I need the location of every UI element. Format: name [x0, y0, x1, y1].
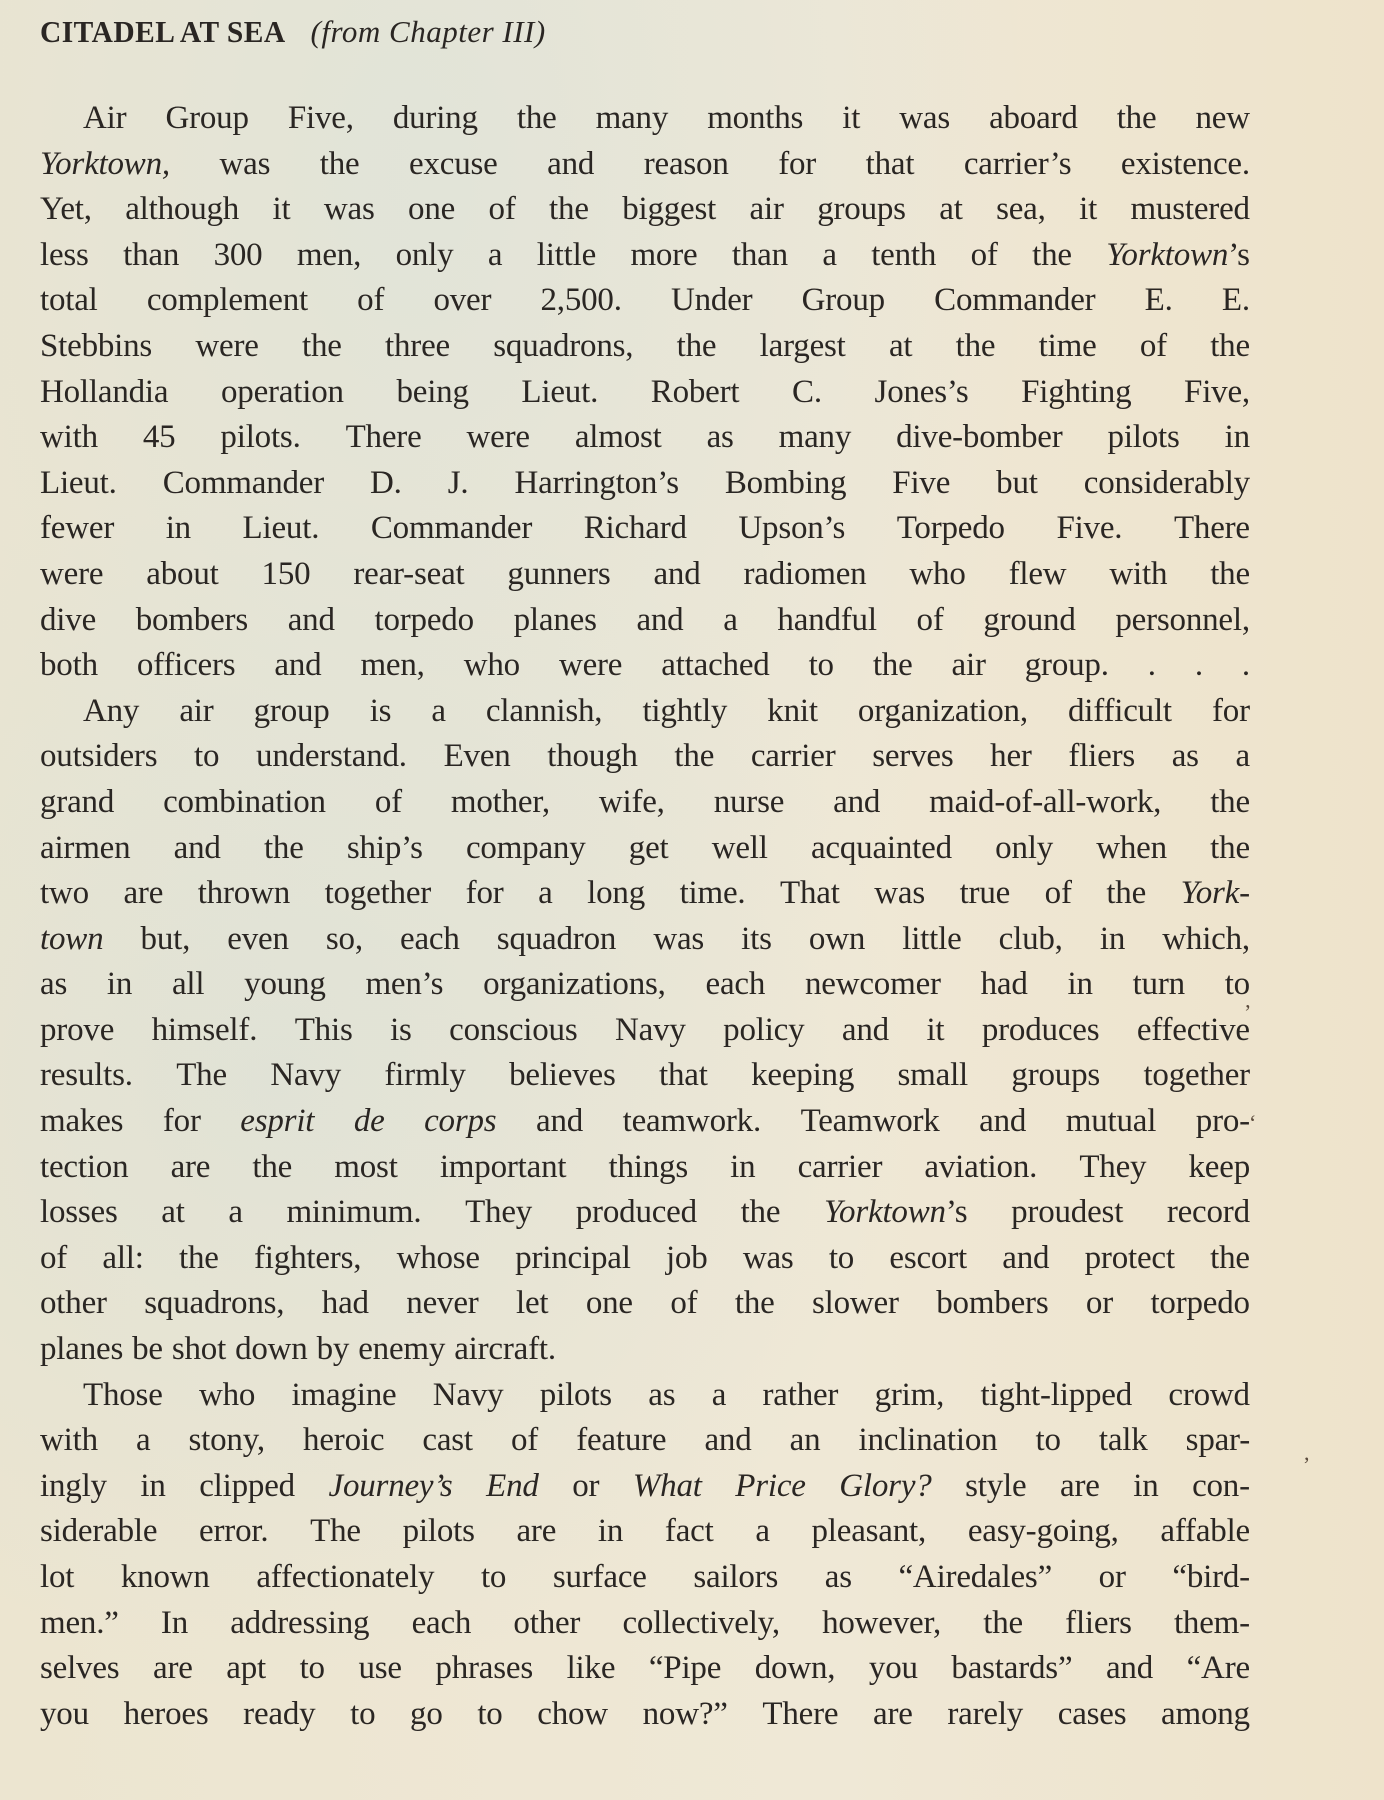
word: Stebbins	[40, 324, 152, 370]
word: planes	[40, 1327, 123, 1373]
word: addressing	[230, 1601, 369, 1647]
word: Richard	[584, 506, 687, 552]
word: even	[227, 917, 289, 963]
word: selves	[40, 1646, 119, 1692]
word: Navy	[270, 1053, 341, 1099]
word: handful	[777, 598, 876, 644]
word: however,	[822, 1601, 941, 1647]
word: the	[264, 826, 304, 872]
word: Navy	[433, 1373, 504, 1419]
word: air	[750, 187, 784, 233]
word: and	[1106, 1646, 1153, 1692]
word: “bird-	[1172, 1555, 1250, 1601]
word: important	[440, 1145, 567, 1191]
word: a	[431, 689, 445, 735]
word: and	[536, 1099, 583, 1145]
text-line: asinallyoungmen’sorganizations,eachnewco…	[40, 962, 1250, 1008]
word: turn	[1133, 962, 1185, 1008]
word: other	[513, 1601, 580, 1647]
word: had	[322, 1281, 369, 1327]
word: squadrons,	[493, 324, 633, 370]
word: with	[40, 1418, 98, 1464]
word: surface	[553, 1555, 647, 1601]
book-page: CITADEL AT SEA(from Chapter III) AirGrou…	[0, 0, 1384, 1800]
word: are	[153, 1646, 193, 1692]
word: principal	[515, 1236, 631, 1282]
word: fliers	[1068, 734, 1135, 780]
word: Robert	[651, 370, 740, 416]
word: Five.	[1056, 506, 1122, 552]
word: squadron	[497, 917, 616, 963]
word: Upson’s	[738, 506, 845, 552]
word: Yet,	[40, 187, 92, 233]
text-line: selvesareapttousephraseslike“Pipedown,yo…	[40, 1646, 1250, 1692]
word: a	[488, 233, 502, 279]
word: was	[874, 871, 925, 917]
word: that	[866, 142, 915, 188]
word: talk	[1099, 1418, 1148, 1464]
word: protect	[1085, 1236, 1175, 1282]
word: They	[465, 1190, 532, 1236]
word: one	[408, 187, 455, 233]
word: and	[288, 598, 335, 644]
word: carrier	[751, 734, 836, 780]
word: Yorktown’s	[1106, 233, 1250, 279]
word: There	[1174, 506, 1250, 552]
text-line: wereabout150rear-seatgunnersandradiomenw…	[40, 552, 1250, 598]
word: in	[1100, 917, 1125, 963]
word: as	[707, 415, 734, 461]
word: were	[195, 324, 258, 370]
text-line: Yorktown,wastheexcuseandreasonforthatcar…	[40, 142, 1250, 188]
word: corps	[424, 1099, 496, 1145]
word: of	[670, 1281, 697, 1327]
word: de	[354, 1099, 385, 1145]
word: together	[325, 871, 432, 917]
word: In	[161, 1601, 188, 1647]
word: and	[547, 142, 594, 188]
word: nurse	[714, 780, 784, 826]
word: Group	[802, 278, 885, 324]
word: organizations,	[483, 962, 666, 1008]
word: of	[40, 1236, 67, 1282]
word: knit	[767, 689, 818, 735]
text-line: lessthan300men,onlyalittlemorethanatenth…	[40, 233, 1250, 279]
word: believes	[509, 1053, 616, 1099]
word: squadrons,	[144, 1281, 284, 1327]
word: Lieut.	[243, 506, 320, 552]
word: apt	[226, 1646, 266, 1692]
word: The	[310, 1509, 361, 1555]
word: a	[136, 1418, 150, 1464]
word: for	[163, 1099, 201, 1145]
word: sea,	[996, 187, 1046, 233]
word: in	[107, 962, 132, 1008]
word: to	[477, 1692, 502, 1738]
word: although	[125, 187, 239, 233]
word: true	[960, 871, 1011, 917]
word: in	[140, 1464, 165, 1510]
word: men,	[297, 233, 361, 279]
word: Yorktown,	[40, 142, 170, 188]
word: Teamwork	[801, 1099, 940, 1145]
word: lot	[40, 1555, 74, 1601]
margin-mark: ,	[1304, 1440, 1310, 1466]
word: other	[40, 1281, 107, 1327]
word: firmly	[384, 1053, 465, 1099]
word: Navy	[615, 1008, 686, 1054]
text-line: with45pilots.Therewerealmostasmanydive-b…	[40, 415, 1250, 461]
chapter-title: CITADEL AT SEA	[40, 14, 286, 50]
word: They	[1079, 1145, 1146, 1191]
word: both	[40, 643, 98, 689]
word: the	[302, 324, 342, 370]
text-line: divebombersandtorpedoplanesandahandfulof…	[40, 598, 1250, 644]
word: clipped	[199, 1464, 295, 1510]
word: job	[666, 1236, 708, 1282]
word: complement	[147, 278, 308, 324]
word: keeping	[751, 1053, 854, 1099]
word: the	[252, 1145, 292, 1191]
word: record	[1167, 1190, 1250, 1236]
word: the	[549, 187, 589, 233]
word: grim,	[875, 1373, 945, 1419]
word: planes	[514, 598, 597, 644]
text-line: Anyairgroupisaclannish,tightlyknitorgani…	[40, 689, 1250, 735]
margin-mark: ʼ	[1244, 1000, 1251, 1026]
word: and	[174, 826, 221, 872]
word: of	[1140, 324, 1167, 370]
word: or	[572, 1464, 599, 1510]
word: that	[659, 1053, 708, 1099]
word: and	[653, 552, 700, 598]
word: three	[385, 324, 450, 370]
word: keep	[1189, 1145, 1251, 1191]
word: and	[274, 643, 321, 689]
word: C.	[792, 370, 822, 416]
word: the	[1117, 96, 1157, 142]
word: slower	[812, 1281, 899, 1327]
text-line: lotknownaffectionatelytosurfacesailorsas…	[40, 1555, 1250, 1601]
word: was	[324, 187, 375, 233]
word: of	[971, 233, 998, 279]
word: months	[707, 96, 803, 142]
word: groups	[817, 187, 906, 233]
word: pro-	[1196, 1099, 1250, 1145]
word: feature	[576, 1418, 666, 1464]
word: rear-seat	[353, 552, 464, 598]
word: a	[755, 1509, 769, 1555]
word: Hollandia	[40, 370, 168, 416]
word: for	[778, 142, 816, 188]
word: pleasant,	[812, 1509, 927, 1555]
word: each	[400, 917, 460, 963]
word: newcomer	[805, 962, 941, 1008]
word: about	[146, 552, 218, 598]
word: stony,	[189, 1418, 265, 1464]
word: gunners	[507, 552, 610, 598]
word: The	[176, 1053, 227, 1099]
word: only	[995, 826, 1053, 872]
word: “Pipe	[649, 1646, 721, 1692]
word: heroes	[124, 1692, 209, 1738]
word: fighters,	[254, 1236, 361, 1282]
word: over	[433, 278, 491, 324]
word: ground	[983, 598, 1075, 644]
text-line: results.TheNavyfirmlybelievesthatkeeping…	[40, 1053, 1250, 1099]
word: prove	[40, 1008, 114, 1054]
word: which,	[1162, 917, 1250, 963]
text-line: men.”Inaddressingeachothercollectively,h…	[40, 1601, 1250, 1647]
word: officers	[137, 643, 236, 689]
word: new	[1196, 96, 1250, 142]
word: had	[981, 962, 1028, 1008]
word: all:	[102, 1236, 143, 1282]
word: heroic	[303, 1418, 384, 1464]
text-line: HollandiaoperationbeingLieut.RobertC.Jon…	[40, 370, 1250, 416]
word: a	[228, 1190, 242, 1236]
word: the	[735, 1281, 775, 1327]
word: as	[825, 1555, 852, 1601]
word: Price	[735, 1464, 805, 1510]
word: an	[790, 1418, 821, 1464]
text-line: ofall:thefighters,whoseprincipaljobwasto…	[40, 1236, 1250, 1282]
word: so,	[326, 917, 363, 963]
word: it	[1079, 187, 1097, 233]
word: total	[40, 278, 98, 324]
word: airmen	[40, 826, 130, 872]
word: results.	[40, 1053, 133, 1099]
word: its	[741, 917, 772, 963]
word: among	[1161, 1692, 1250, 1738]
word: now?”	[643, 1692, 728, 1738]
word: inclination	[858, 1418, 997, 1464]
word: difficult	[1068, 689, 1172, 735]
word: himself.	[152, 1008, 258, 1054]
word: was	[653, 917, 704, 963]
word: Fighting	[1021, 370, 1131, 416]
word: policy	[723, 1008, 804, 1054]
word: attached	[661, 643, 769, 689]
word: Glory?	[839, 1464, 931, 1510]
text-line: Lieut.CommanderD.J.Harrington’sBombingFi…	[40, 461, 1250, 507]
word: time	[1039, 324, 1097, 370]
word: outsiders	[40, 734, 157, 780]
word: the	[674, 734, 714, 780]
text-line: outsiderstounderstand.Eventhoughthecarri…	[40, 734, 1250, 780]
word: and	[1002, 1236, 1049, 1282]
word: style	[965, 1464, 1026, 1510]
word: ship’s	[347, 826, 423, 872]
text-line: lossesataminimum.TheyproducedtheYorktown…	[40, 1190, 1250, 1236]
word: Five,	[288, 96, 354, 142]
word: .	[1148, 643, 1156, 689]
word: produces	[982, 1008, 1100, 1054]
word: in	[730, 1145, 755, 1191]
word: almost	[575, 415, 662, 461]
word: Bombing	[725, 461, 846, 507]
word: 300	[214, 233, 263, 279]
word: Journey’s	[329, 1464, 453, 1510]
word: There	[762, 1692, 838, 1738]
word: Commander	[163, 461, 324, 507]
word: fact	[665, 1509, 714, 1555]
word: conscious	[449, 1008, 577, 1054]
word: known	[121, 1555, 210, 1601]
word: Five	[892, 461, 950, 507]
word: of	[489, 187, 516, 233]
word: of	[375, 780, 402, 826]
text-line: planesbeshotdownbyenemyaircraft.	[40, 1327, 1250, 1373]
text-line: youheroesreadytogotochownow?”Therearerar…	[40, 1692, 1250, 1738]
word: con-	[1192, 1464, 1250, 1510]
word: aviation.	[924, 1145, 1037, 1191]
word: mustered	[1130, 187, 1249, 233]
word: young	[244, 962, 326, 1008]
word: in	[1133, 1464, 1158, 1510]
word: the	[983, 1601, 1023, 1647]
word: who	[464, 643, 520, 689]
word: Those	[83, 1373, 163, 1419]
word: in	[166, 506, 191, 552]
word: group	[254, 689, 330, 735]
word: End	[486, 1464, 539, 1510]
word: of	[357, 278, 384, 324]
word: tightly	[642, 689, 727, 735]
word: affectionately	[256, 1555, 434, 1601]
word: one	[586, 1281, 633, 1327]
word: it	[926, 1008, 944, 1054]
word: pilots	[540, 1373, 612, 1419]
word: and	[842, 1008, 889, 1054]
word: men’s	[365, 962, 443, 1008]
word: cast	[422, 1418, 473, 1464]
word: small	[898, 1053, 969, 1099]
word: tight-lipped	[980, 1373, 1132, 1419]
text-line: ThosewhoimagineNavypilotsasarathergrim,t…	[40, 1373, 1250, 1419]
word: who	[909, 552, 965, 598]
word: Lieut.	[521, 370, 598, 416]
word: 150	[262, 552, 311, 598]
word: be	[132, 1327, 163, 1373]
word: of	[511, 1418, 538, 1464]
word: teamwork.	[623, 1099, 761, 1145]
word: it	[842, 96, 860, 142]
word: rather	[762, 1373, 838, 1419]
word: each	[412, 1601, 472, 1647]
word: use	[358, 1646, 401, 1692]
word: mother,	[451, 780, 550, 826]
word: never	[406, 1281, 478, 1327]
word: down,	[755, 1646, 836, 1692]
word: esprit	[240, 1099, 314, 1145]
word: time.	[680, 871, 746, 917]
word: Commander	[934, 278, 1095, 324]
word: Air	[83, 96, 126, 142]
word: men,	[360, 643, 424, 689]
word: serves	[872, 734, 953, 780]
word: at	[161, 1190, 184, 1236]
word: torpedo	[374, 598, 473, 644]
word: effective	[1137, 1008, 1250, 1054]
word: two	[40, 871, 89, 917]
word: collectively,	[622, 1601, 779, 1647]
word: and	[704, 1418, 751, 1464]
word: the	[320, 142, 360, 188]
word: That	[780, 871, 840, 917]
word: go	[410, 1692, 443, 1738]
word: men.”	[40, 1601, 119, 1647]
word: crowd	[1168, 1373, 1249, 1419]
word: but,	[141, 917, 191, 963]
text-line: Stebbinswerethethreesquadrons,thelargest…	[40, 324, 1250, 370]
word: pilots.	[220, 415, 300, 461]
word: to	[1036, 1418, 1061, 1464]
word: to	[300, 1646, 325, 1692]
word: company	[466, 826, 586, 872]
word: tection	[40, 1145, 128, 1191]
word: carrier	[798, 1145, 883, 1191]
word: understand.	[256, 734, 407, 780]
word: affable	[1160, 1509, 1250, 1555]
word: “Are	[1187, 1646, 1250, 1692]
word: grand	[40, 780, 114, 826]
word: a	[538, 871, 552, 917]
chapter-subtitle: (from Chapter III)	[311, 14, 546, 49]
word: only	[396, 233, 454, 279]
word: many	[779, 415, 852, 461]
text-line: totalcomplementofover2,500.UnderGroupCom…	[40, 278, 1250, 324]
word: little	[902, 917, 961, 963]
word: Jones’s	[875, 370, 969, 416]
word: by	[317, 1327, 350, 1373]
word: bombers	[136, 598, 248, 644]
word: considerably	[1084, 461, 1250, 507]
word: dive	[40, 598, 96, 644]
word: like	[567, 1646, 616, 1692]
word: long	[587, 871, 645, 917]
word: escort	[889, 1236, 967, 1282]
word: a	[723, 598, 737, 644]
word: of	[1045, 871, 1072, 917]
word: Lieut.	[40, 461, 117, 507]
word: the	[873, 643, 913, 689]
word: produced	[576, 1190, 697, 1236]
word: acquainted	[811, 826, 952, 872]
word: is	[370, 689, 392, 735]
word: makes	[40, 1099, 123, 1145]
word: Yorktown’s	[824, 1190, 968, 1236]
word: was	[899, 96, 950, 142]
text-line: tectionarethemostimportantthingsincarrie…	[40, 1145, 1250, 1191]
text-line: fewerinLieut.CommanderRichardUpson’sTorp…	[40, 506, 1250, 552]
word: flew	[1009, 552, 1067, 598]
word: ready	[243, 1692, 315, 1738]
word: though	[547, 734, 637, 780]
word: to	[350, 1692, 375, 1738]
word: well	[712, 826, 768, 872]
word: were	[559, 643, 622, 689]
word: pilots	[403, 1509, 475, 1555]
word: than	[732, 233, 788, 279]
word: at	[889, 324, 912, 370]
word: but	[996, 461, 1038, 507]
word: than	[123, 233, 179, 279]
word: them-	[1174, 1601, 1250, 1647]
word: .	[1195, 643, 1203, 689]
word: aboard	[989, 96, 1078, 142]
word: cases	[1058, 1692, 1127, 1738]
